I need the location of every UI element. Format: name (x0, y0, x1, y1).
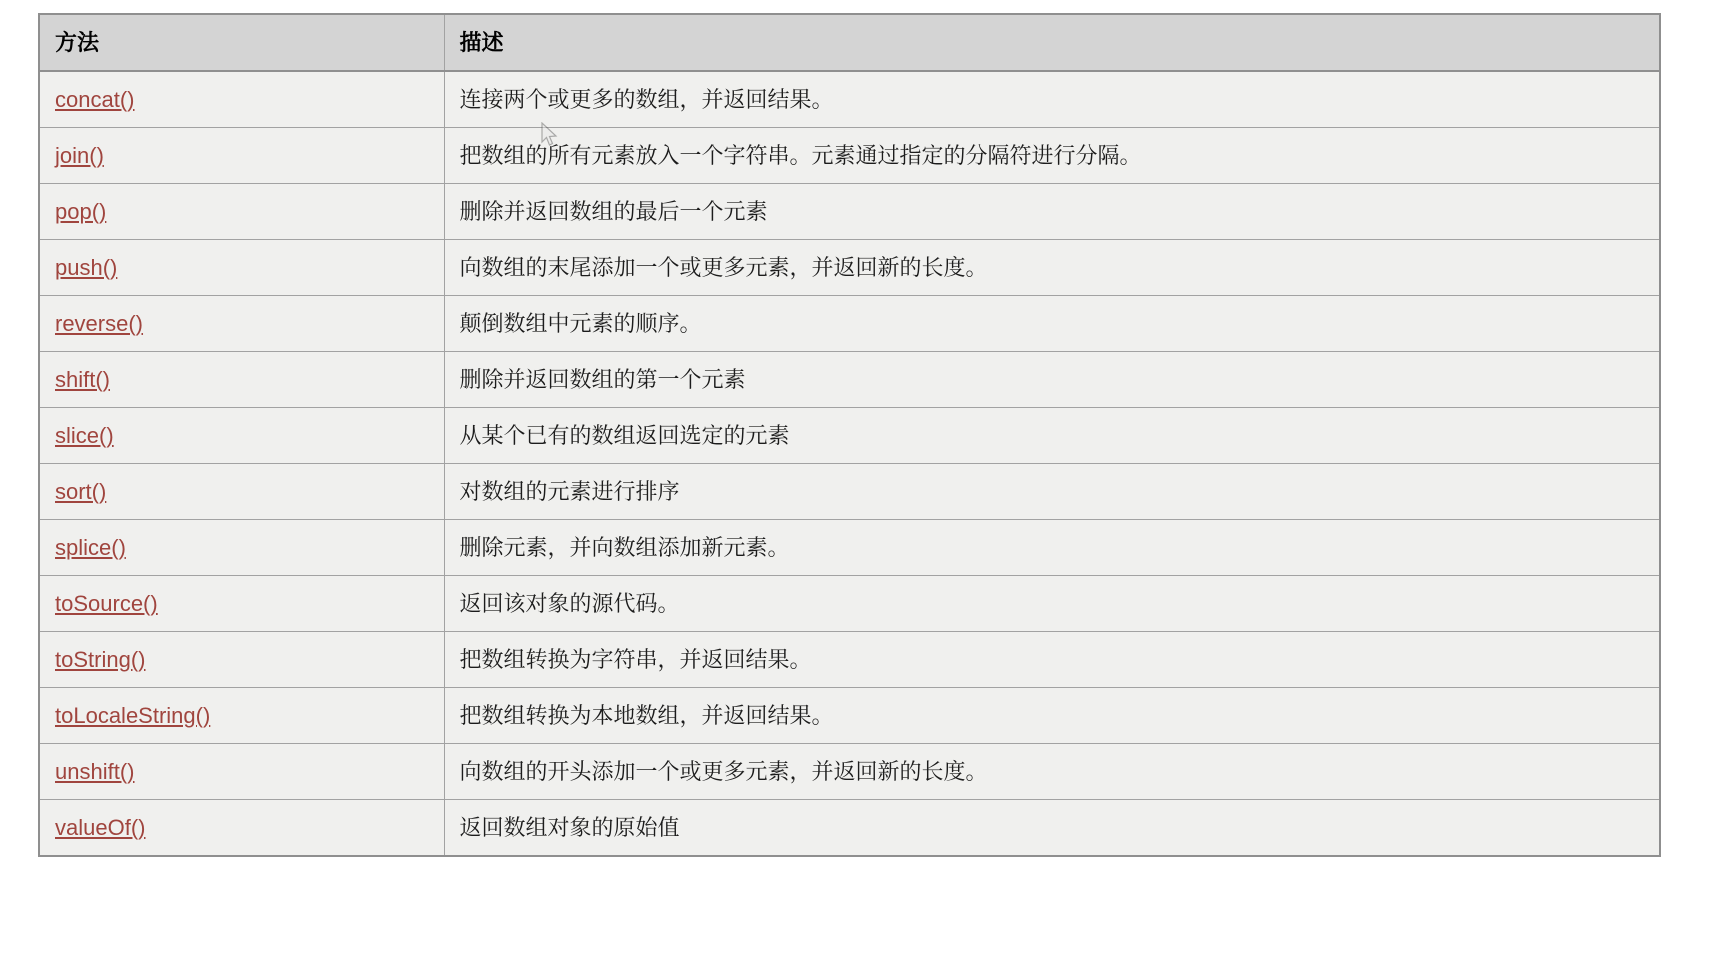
description-text: 删除并返回数组的第一个元素 (460, 367, 746, 392)
description-cell: 从某个已有的数组返回选定的元素 (444, 408, 1660, 464)
description-cell: 向数组的开头添加一个或更多元素，并返回新的长度。 (444, 744, 1660, 800)
description-text: 返回数组对象的原始值 (460, 815, 680, 840)
description-text: 把数组转换为字符串，并返回结果。 (460, 647, 812, 672)
methods-table-container: 方法 描述 concat()连接两个或更多的数组，并返回结果。join()把数组… (38, 13, 1661, 857)
table-row: sort()对数组的元素进行排序 (39, 464, 1660, 520)
table-header: 方法 描述 (39, 14, 1660, 71)
method-cell: shift() (39, 352, 444, 408)
method-cell: join() (39, 128, 444, 184)
table-row: pop()删除并返回数组的最后一个元素 (39, 184, 1660, 240)
description-text: 连接两个或更多的数组，并返回结果。 (460, 87, 834, 112)
method-link[interactable]: slice() (55, 423, 114, 448)
table-row: splice()删除元素，并向数组添加新元素。 (39, 520, 1660, 576)
description-cell: 把数组的所有元素放入一个字符串。元素通过指定的分隔符进行分隔。 (444, 128, 1660, 184)
array-methods-table: 方法 描述 concat()连接两个或更多的数组，并返回结果。join()把数组… (38, 13, 1661, 857)
description-text: 返回该对象的源代码。 (460, 591, 680, 616)
method-link[interactable]: reverse() (55, 311, 143, 336)
method-cell: splice() (39, 520, 444, 576)
table-row: toSource()返回该对象的源代码。 (39, 576, 1660, 632)
method-link[interactable]: splice() (55, 535, 126, 560)
method-cell: reverse() (39, 296, 444, 352)
description-cell: 把数组转换为本地数组，并返回结果。 (444, 688, 1660, 744)
description-cell: 删除元素，并向数组添加新元素。 (444, 520, 1660, 576)
description-cell: 向数组的末尾添加一个或更多元素，并返回新的长度。 (444, 240, 1660, 296)
method-cell: toString() (39, 632, 444, 688)
method-cell: valueOf() (39, 800, 444, 857)
method-link[interactable]: toSource() (55, 591, 158, 616)
method-cell: unshift() (39, 744, 444, 800)
method-link[interactable]: toLocaleString() (55, 703, 210, 728)
description-cell: 连接两个或更多的数组，并返回结果。 (444, 71, 1660, 128)
table-row: slice()从某个已有的数组返回选定的元素 (39, 408, 1660, 464)
method-cell: slice() (39, 408, 444, 464)
method-link[interactable]: unshift() (55, 759, 134, 784)
description-text: 把数组的所有元素放入一个字符串。元素通过指定的分隔符进行分隔。 (460, 143, 1142, 168)
description-cell: 返回数组对象的原始值 (444, 800, 1660, 857)
table-row: toLocaleString()把数组转换为本地数组，并返回结果。 (39, 688, 1660, 744)
method-cell: toSource() (39, 576, 444, 632)
column-header-description: 描述 (444, 14, 1660, 71)
table-row: concat()连接两个或更多的数组，并返回结果。 (39, 71, 1660, 128)
description-cell: 颠倒数组中元素的顺序。 (444, 296, 1660, 352)
description-text: 颠倒数组中元素的顺序。 (460, 311, 702, 336)
method-link[interactable]: push() (55, 255, 117, 280)
column-header-method: 方法 (39, 14, 444, 71)
description-text: 向数组的末尾添加一个或更多元素，并返回新的长度。 (460, 255, 988, 280)
description-text: 删除并返回数组的最后一个元素 (460, 199, 768, 224)
description-text: 删除元素，并向数组添加新元素。 (460, 535, 790, 560)
description-cell: 删除并返回数组的最后一个元素 (444, 184, 1660, 240)
method-link[interactable]: pop() (55, 199, 106, 224)
table-row: valueOf()返回数组对象的原始值 (39, 800, 1660, 857)
method-cell: pop() (39, 184, 444, 240)
description-cell: 返回该对象的源代码。 (444, 576, 1660, 632)
method-cell: sort() (39, 464, 444, 520)
table-row: join()把数组的所有元素放入一个字符串。元素通过指定的分隔符进行分隔。 (39, 128, 1660, 184)
header-row: 方法 描述 (39, 14, 1660, 71)
table-row: push()向数组的末尾添加一个或更多元素，并返回新的长度。 (39, 240, 1660, 296)
description-cell: 删除并返回数组的第一个元素 (444, 352, 1660, 408)
description-text: 从某个已有的数组返回选定的元素 (460, 423, 790, 448)
table-row: shift()删除并返回数组的第一个元素 (39, 352, 1660, 408)
page: 方法 描述 concat()连接两个或更多的数组，并返回结果。join()把数组… (0, 0, 1734, 960)
method-link[interactable]: join() (55, 143, 104, 168)
table-row: reverse()颠倒数组中元素的顺序。 (39, 296, 1660, 352)
method-cell: toLocaleString() (39, 688, 444, 744)
table-row: unshift()向数组的开头添加一个或更多元素，并返回新的长度。 (39, 744, 1660, 800)
method-link[interactable]: toString() (55, 647, 145, 672)
method-link[interactable]: valueOf() (55, 815, 145, 840)
description-cell: 对数组的元素进行排序 (444, 464, 1660, 520)
table-row: toString()把数组转换为字符串，并返回结果。 (39, 632, 1660, 688)
description-cell: 把数组转换为字符串，并返回结果。 (444, 632, 1660, 688)
table-body: concat()连接两个或更多的数组，并返回结果。join()把数组的所有元素放… (39, 71, 1660, 856)
description-text: 向数组的开头添加一个或更多元素，并返回新的长度。 (460, 759, 988, 784)
method-cell: push() (39, 240, 444, 296)
method-link[interactable]: sort() (55, 479, 106, 504)
description-text: 对数组的元素进行排序 (460, 479, 680, 504)
method-link[interactable]: shift() (55, 367, 110, 392)
description-text: 把数组转换为本地数组，并返回结果。 (460, 703, 834, 728)
method-cell: concat() (39, 71, 444, 128)
method-link[interactable]: concat() (55, 87, 134, 112)
